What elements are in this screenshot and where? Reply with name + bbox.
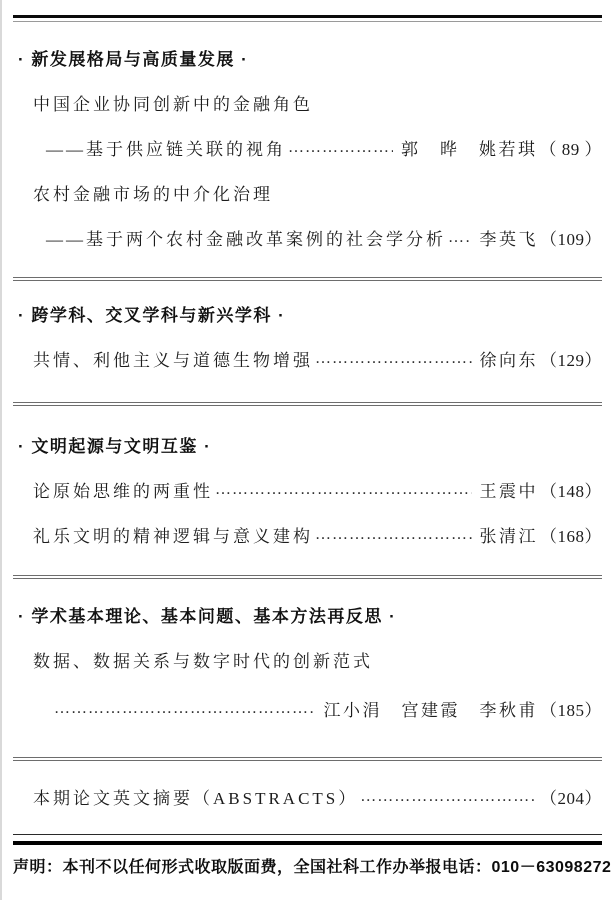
- toc-entry-subtitle: ——基于两个农村金融改革案例的社会学分析 ……………………………………………………: [2, 215, 612, 260]
- section-heading: · 学术基本理论、基本问题、基本方法再反思 ·: [2, 592, 612, 637]
- dot-leader: ……………………………………………………………………………………………………………: [288, 139, 393, 157]
- journal-contents-page: · 新发展格局与高质量发展 · 中国企业协同创新中的金融角色 ——基于供应链关联…: [0, 0, 612, 900]
- toc-entry-title: 农村金融市场的中介化治理: [2, 170, 612, 215]
- entry-authors: 张清江: [480, 522, 539, 547]
- section-divider: [13, 575, 602, 579]
- entry-authors: 李英飞: [480, 225, 539, 250]
- dot-leader: ……………………………………………………………………………………………………………: [215, 481, 472, 499]
- bottom-double-rule: [13, 834, 602, 845]
- toc-entry: 共情、利他主义与道德生物增强 ……………………………………………………………………: [2, 336, 612, 381]
- toc-entry: 论原始思维的两重性 …………………………………………………………………………………: [2, 467, 612, 512]
- toc-section-new-development: · 新发展格局与高质量发展 · 中国企业协同创新中的金融角色 ——基于供应链关联…: [2, 35, 612, 260]
- dot-leader: ……………………………………………………………………………………………………………: [315, 350, 472, 368]
- toc-section-academic-reflection: · 学术基本理论、基本问题、基本方法再反思 · 数据、数据关系与数字时代的创新范…: [2, 592, 612, 731]
- entry-page-number: （168）: [540, 522, 602, 547]
- abstracts-entry: 本期论文英文摘要（ABSTRACTS） ………………………………………………………: [2, 774, 612, 819]
- bottom-rule-thick-line: [13, 841, 602, 845]
- bottom-rule-thin-line: [13, 834, 602, 835]
- dot-leader: ……………………………………………………………………………………………………………: [315, 526, 472, 544]
- entry-title-text: 礼乐文明的精神逻辑与意义建构: [33, 522, 313, 547]
- toc-entry-title: 中国企业协同创新中的金融角色: [2, 80, 612, 125]
- publisher-notice-text: 声明：本刊不以任何形式收取版面费，全国社科工作办举报电话：010－6309827…: [13, 859, 611, 876]
- entry-authors: 徐向东: [480, 346, 539, 371]
- entry-title-text: 中国企业协同创新中的金融角色: [33, 90, 313, 115]
- entry-authors: 王震中: [480, 477, 539, 502]
- section-heading-label: · 跨学科、交叉学科与新兴学科 ·: [18, 301, 285, 326]
- entry-authors: 郭 晔 姚若琪: [401, 135, 538, 160]
- entry-title-text: 论原始思维的两重性: [33, 477, 213, 502]
- abstracts-page-number: （204）: [540, 784, 602, 809]
- section-heading-label: · 文明起源与文明互鉴 ·: [18, 432, 211, 457]
- entry-title-text: 农村金融市场的中介化治理: [33, 180, 273, 205]
- section-divider: [13, 402, 602, 406]
- entry-page-number: （185）: [540, 696, 602, 721]
- dot-leader: ……………………………………………………………………………………………………………: [360, 788, 536, 806]
- section-divider: [13, 757, 602, 761]
- section-heading: · 新发展格局与高质量发展 ·: [2, 35, 612, 80]
- dot-leader: ……………………………………………………………………………………………………………: [54, 700, 316, 718]
- abstracts-title-text: 本期论文英文摘要（ABSTRACTS）: [33, 784, 358, 809]
- entry-page-number: （148）: [540, 477, 602, 502]
- toc-section-civilization: · 文明起源与文明互鉴 · 论原始思维的两重性 ……………………………………………: [2, 422, 612, 557]
- entry-page-number: （ 89 ）: [540, 135, 603, 160]
- dot-leader: ……………………………………………………………………………………………………………: [448, 229, 472, 247]
- toc-entry-title: 数据、数据关系与数字时代的创新范式: [2, 637, 612, 682]
- section-heading-label: · 学术基本理论、基本问题、基本方法再反思 ·: [18, 602, 396, 627]
- toc-entry-subtitle: ——基于供应链关联的视角 …………………………………………………………………………: [2, 125, 612, 170]
- entry-page-number: （109）: [540, 225, 602, 250]
- publisher-notice: 声明：本刊不以任何形式收取版面费，全国社科工作办举报电话：010－6309827…: [13, 854, 602, 877]
- section-heading: · 跨学科、交叉学科与新兴学科 ·: [2, 291, 612, 336]
- entry-authors: 江小涓 宫建霞 李秋甫: [324, 696, 539, 721]
- entry-subtitle-text: ——基于两个农村金融改革案例的社会学分析: [46, 225, 446, 250]
- entry-subtitle-text: ——基于供应链关联的视角: [46, 135, 286, 160]
- toc-entry-continuation: ……………………………………………………………………………………………………………: [2, 686, 612, 731]
- top-double-rule: [13, 15, 602, 22]
- toc-entry: 礼乐文明的精神逻辑与意义建构 ……………………………………………………………………: [2, 512, 612, 557]
- section-divider: [13, 277, 602, 281]
- entry-title-text: 共情、利他主义与道德生物增强: [33, 346, 313, 371]
- toc-section-interdisciplinary: · 跨学科、交叉学科与新兴学科 · 共情、利他主义与道德生物增强 ……………………: [2, 291, 612, 381]
- entry-page-number: （129）: [540, 346, 602, 371]
- section-heading: · 文明起源与文明互鉴 ·: [2, 422, 612, 467]
- section-heading-label: · 新发展格局与高质量发展 ·: [18, 45, 248, 70]
- entry-title-text: 数据、数据关系与数字时代的创新范式: [33, 647, 373, 672]
